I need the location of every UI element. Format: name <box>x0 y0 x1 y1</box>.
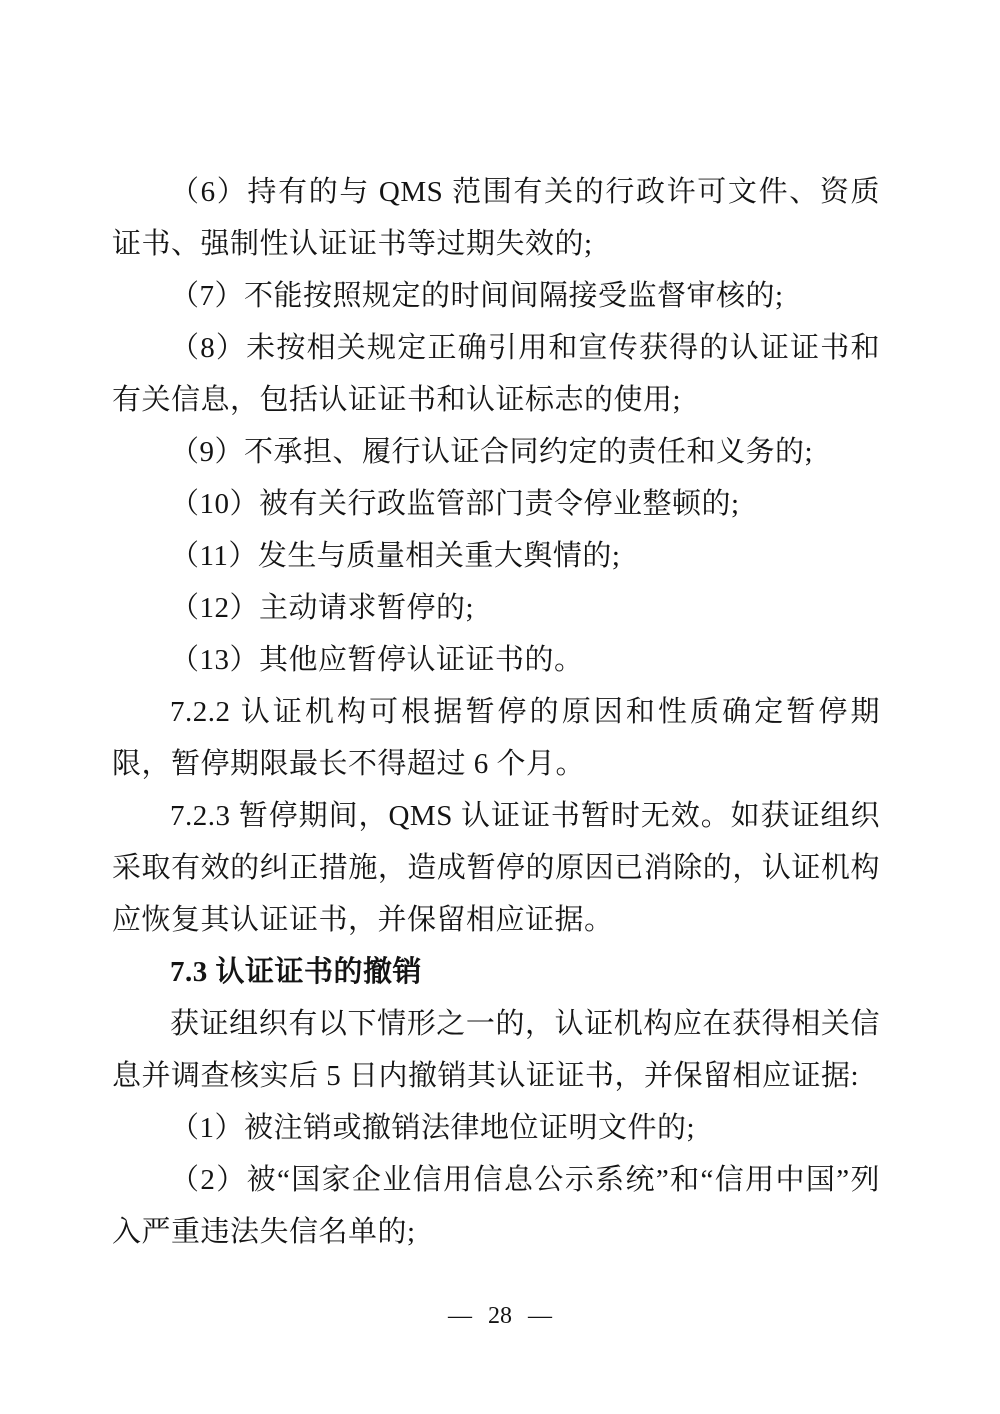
list-item-13: （13）其他应暂停认证证书的。 <box>112 634 880 686</box>
list-item-11: （11）发生与质量相关重大舆情的; <box>112 530 880 582</box>
page-number: — 28 — <box>448 1303 552 1329</box>
document-page: （6）持有的与 QMS 范围有关的行政许可文件、资质证书、强制性认证证书等过期失… <box>0 0 1000 1414</box>
page-footer: — 28 — <box>0 1290 1000 1342</box>
list-item-9: （9）不承担、履行认证合同约定的责任和义务的; <box>112 426 880 478</box>
document-body: （6）持有的与 QMS 范围有关的行政许可文件、资质证书、强制性认证证书等过期失… <box>112 166 880 1258</box>
list-item-10: （10）被有关行政监管部门责令停业整顿的; <box>112 478 880 530</box>
clause-7-2-3: 7.2.3 暂停期间，QMS 认证证书暂时无效。如获证组织采取有效的纠正措施，造… <box>112 790 880 946</box>
list-item-6: （6）持有的与 QMS 范围有关的行政许可文件、资质证书、强制性认证证书等过期失… <box>112 166 880 270</box>
list-item-7: （7）不能按照规定的时间间隔接受监督审核的; <box>112 270 880 322</box>
list-item-2: （2）被“国家企业信用信息公示系统”和“信用中国”列入严重违法失信名单的; <box>112 1154 880 1258</box>
list-item-8: （8）未按相关规定正确引用和宣传获得的认证证书和有关信息，包括认证证书和认证标志… <box>112 322 880 426</box>
clause-7-2-2: 7.2.2 认证机构可根据暂停的原因和性质确定暂停期限，暂停期限最长不得超过 6… <box>112 686 880 790</box>
list-item-1: （1）被注销或撤销法律地位证明文件的; <box>112 1102 880 1154</box>
list-item-12: （12）主动请求暂停的; <box>112 582 880 634</box>
section-heading-7-3: 7.3 认证证书的撤销 <box>112 946 880 998</box>
clause-7-3-intro: 获证组织有以下情形之一的，认证机构应在获得相关信息并调查核实后 5 日内撤销其认… <box>112 998 880 1102</box>
